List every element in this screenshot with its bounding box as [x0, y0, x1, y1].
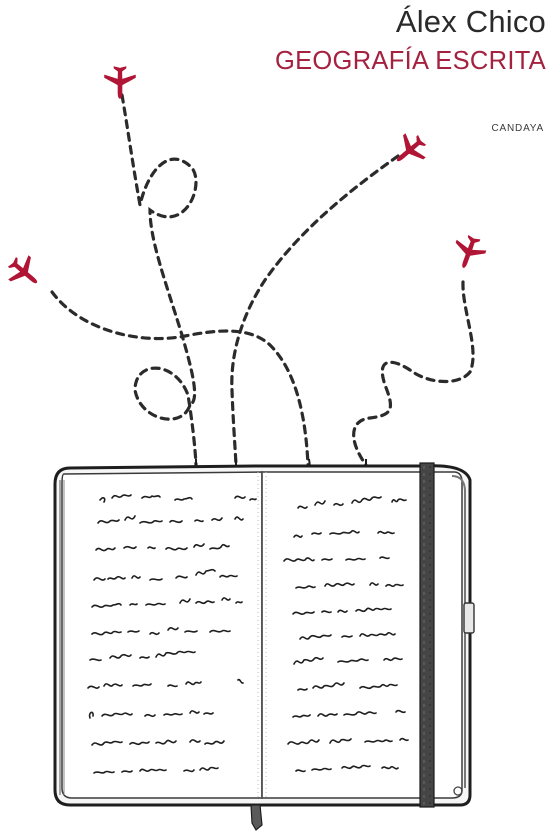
ribbon-bookmark	[251, 805, 262, 830]
airplane-icon	[448, 232, 489, 273]
airplane-icon	[387, 128, 432, 173]
book-cover: Álex Chico GEOGRAFÍA ESCRITA CANDAYA	[0, 0, 552, 833]
flight-path-4	[354, 282, 473, 465]
airplane-icon	[2, 250, 47, 295]
pen-loop	[464, 603, 474, 633]
elastic-band	[420, 463, 434, 807]
cover-illustration	[0, 0, 552, 833]
open-notebook	[55, 459, 474, 830]
airplanes	[2, 66, 489, 295]
airplane-icon	[104, 66, 136, 99]
flight-path-1	[122, 95, 196, 465]
